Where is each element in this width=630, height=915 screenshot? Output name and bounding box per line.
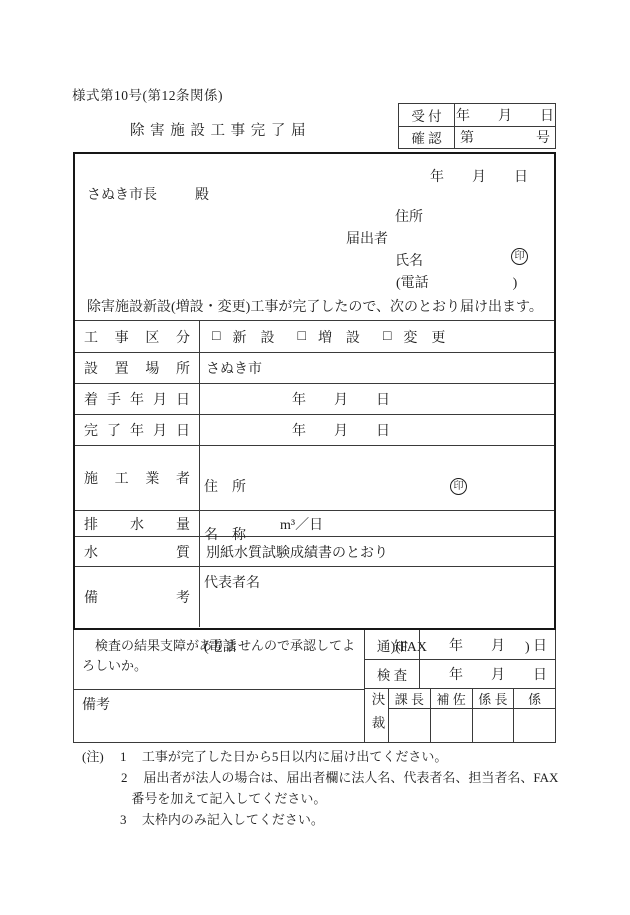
approver-col-header: 補 佐	[431, 689, 472, 709]
row-label: 施工業者	[75, 446, 200, 510]
footnote-item: (注) 1 工事が完了した日から5日以内に届け出てください。	[82, 746, 560, 767]
office-remarks-label: 備考	[82, 698, 110, 713]
contractor-name-label[interactable]: 名 称	[204, 528, 550, 544]
footnote-text: 太枠内のみ記入してください。	[142, 809, 560, 830]
approver-stamp-cell	[473, 709, 514, 742]
approval-question: 検査の結果支障がありませんので承認してよろしいか。	[74, 630, 364, 690]
row-label: 工事区分	[75, 321, 200, 352]
checkbox-option-new[interactable]: □ 新 設	[212, 327, 274, 347]
decision-block: 決裁 課 長 補 佐 係 長 係	[365, 689, 555, 742]
confirm-number-cell: 第 号	[455, 127, 555, 149]
notice-row: 通 知 年 月 日	[365, 630, 555, 660]
confirm-row: 確 認 第 号	[399, 126, 555, 149]
work-category-options: □ 新 設 □ 増 設 □ 変 更	[200, 321, 554, 352]
footnote-text: 工事が完了した日から5日以内に届け出てください。	[142, 746, 560, 767]
decision-label: 決裁	[365, 689, 389, 742]
confirm-number-suffix: 号	[536, 127, 550, 147]
checkbox-option-expand[interactable]: □ 増 設	[297, 327, 359, 347]
row-label: 設置場所	[75, 353, 200, 383]
declarant-name-label: 氏名	[395, 250, 423, 270]
inspection-label: 検 査	[365, 660, 420, 688]
notice-label: 通 知	[365, 630, 420, 659]
completion-date-value[interactable]: 年 月 日	[200, 415, 554, 445]
contractor-representative-label[interactable]: 代表者名	[204, 576, 550, 592]
receipt-date-value: 年 月 日	[455, 104, 555, 126]
form-page: 様式第10号(第12条関係) 除 害 施 設 工 事 完 了 届 受 付 年 月…	[0, 0, 630, 915]
checkbox-label: 新 設	[232, 327, 274, 347]
checkbox-icon[interactable]: □	[383, 329, 391, 345]
approver-col-header: 係	[514, 689, 555, 709]
approval-right: 通 知 年 月 日 検 査 年 月 日 決裁 課 長 補 佐	[365, 630, 555, 742]
seal-icon: 印	[450, 478, 467, 495]
checkbox-option-change[interactable]: □ 変 更	[383, 327, 445, 347]
row-contractor: 施工業者 住 所 名 称 代表者名 印 (電話 )(FAX )	[75, 445, 554, 510]
confirm-number-prefix: 第	[460, 127, 474, 147]
row-completion-date: 完了年月日 年 月 日	[75, 414, 554, 445]
footnote-number: 1	[120, 746, 142, 767]
checkbox-icon[interactable]: □	[212, 329, 220, 345]
approver-stamp-cell	[431, 709, 472, 742]
contractor-address-label[interactable]: 住 所	[204, 480, 550, 496]
footnote-text: 届出者が法人の場合は、届出者欄に法人名、代表者名、担当者名、FAX番号を加えて記…	[131, 767, 560, 809]
row-label: 水質	[75, 537, 200, 566]
statement-text: 除害施設新設(増設・変更)工事が完了したので、次のとおり届け出ます。	[87, 296, 543, 316]
office-remarks-cell: 備考	[74, 690, 364, 742]
notice-date-value: 年 月 日	[420, 630, 555, 659]
approver-col-assistant: 補 佐	[430, 689, 472, 742]
receipt-label: 受 付	[399, 104, 455, 126]
main-form-frame: 年 月 日 さぬき市長 殿 住所 届出者 氏名 印 (電話 ) 除害施設新設(増…	[73, 152, 556, 630]
row-label: 完了年月日	[75, 415, 200, 445]
confirm-label: 確 認	[399, 127, 455, 149]
declarant-address-label: 住所	[395, 206, 423, 226]
reception-stamp-box: 受 付 年 月 日 確 認 第 号	[398, 103, 556, 149]
footnote-item: 2 届出者が法人の場合は、届出者欄に法人名、代表者名、担当者名、FAX番号を加え…	[82, 767, 560, 809]
form-table: 工事区分 □ 新 設 □ 増 設 □ 変 更	[75, 320, 554, 627]
approval-section: 検査の結果支障がありませんので承認してよろしいか。 備考 通 知 年 月 日 検…	[73, 630, 556, 743]
row-work-category: 工事区分 □ 新 設 □ 増 設 □ 変 更	[75, 320, 554, 352]
approver-columns: 課 長 補 佐 係 長 係	[389, 689, 555, 742]
approver-stamp-cell	[389, 709, 430, 742]
approver-col-staff: 係	[513, 689, 555, 742]
approver-col-section-chief: 課 長	[389, 689, 430, 742]
approval-left: 検査の結果支障がありませんので承認してよろしいか。 備考	[74, 630, 365, 742]
inspection-date-value: 年 月 日	[420, 660, 555, 688]
row-start-date: 着手年月日 年 月 日	[75, 383, 554, 414]
approver-col-subsection-chief: 係 長	[472, 689, 514, 742]
location-value[interactable]: さぬき市	[200, 353, 554, 383]
footnote-number: 3	[120, 809, 142, 830]
form-title: 除 害 施 設 工 事 完 了 届	[130, 119, 307, 140]
row-location: 設置場所 さぬき市	[75, 352, 554, 383]
approver-col-header: 係 長	[473, 689, 514, 709]
declarant-phone-field[interactable]: (電話 )	[396, 272, 517, 292]
addressee: さぬき市長	[87, 184, 157, 204]
inspection-row: 検 査 年 月 日	[365, 660, 555, 689]
contractor-value[interactable]: 住 所 名 称 代表者名 印 (電話 )(FAX )	[200, 446, 554, 510]
receipt-row: 受 付 年 月 日	[399, 104, 555, 126]
row-label: 排水量	[75, 511, 200, 536]
footnotes: (注) 1 工事が完了した日から5日以内に届け出てください。 2 届出者が法人の…	[82, 746, 560, 830]
addressee-line: さぬき市長 殿	[87, 184, 209, 204]
row-label: 備考	[75, 567, 200, 627]
approver-stamp-cell	[514, 709, 555, 742]
addressee-honorific: 殿	[195, 184, 209, 204]
checkbox-icon[interactable]: □	[297, 329, 305, 345]
footnote-prefix: (注)	[82, 746, 120, 767]
declarant-role-label: 届出者	[346, 228, 388, 248]
seal-icon: 印	[511, 248, 528, 265]
checkbox-label: 増 設	[318, 327, 360, 347]
row-label: 着手年月日	[75, 384, 200, 414]
checkbox-label: 変 更	[403, 327, 445, 347]
submission-date-line[interactable]: 年 月 日	[430, 166, 528, 186]
form-code-label: 様式第10号(第12条関係)	[72, 84, 223, 104]
footnote-item: 3 太枠内のみ記入してください。	[82, 809, 560, 830]
approver-col-header: 課 長	[389, 689, 430, 709]
start-date-value[interactable]: 年 月 日	[200, 384, 554, 414]
